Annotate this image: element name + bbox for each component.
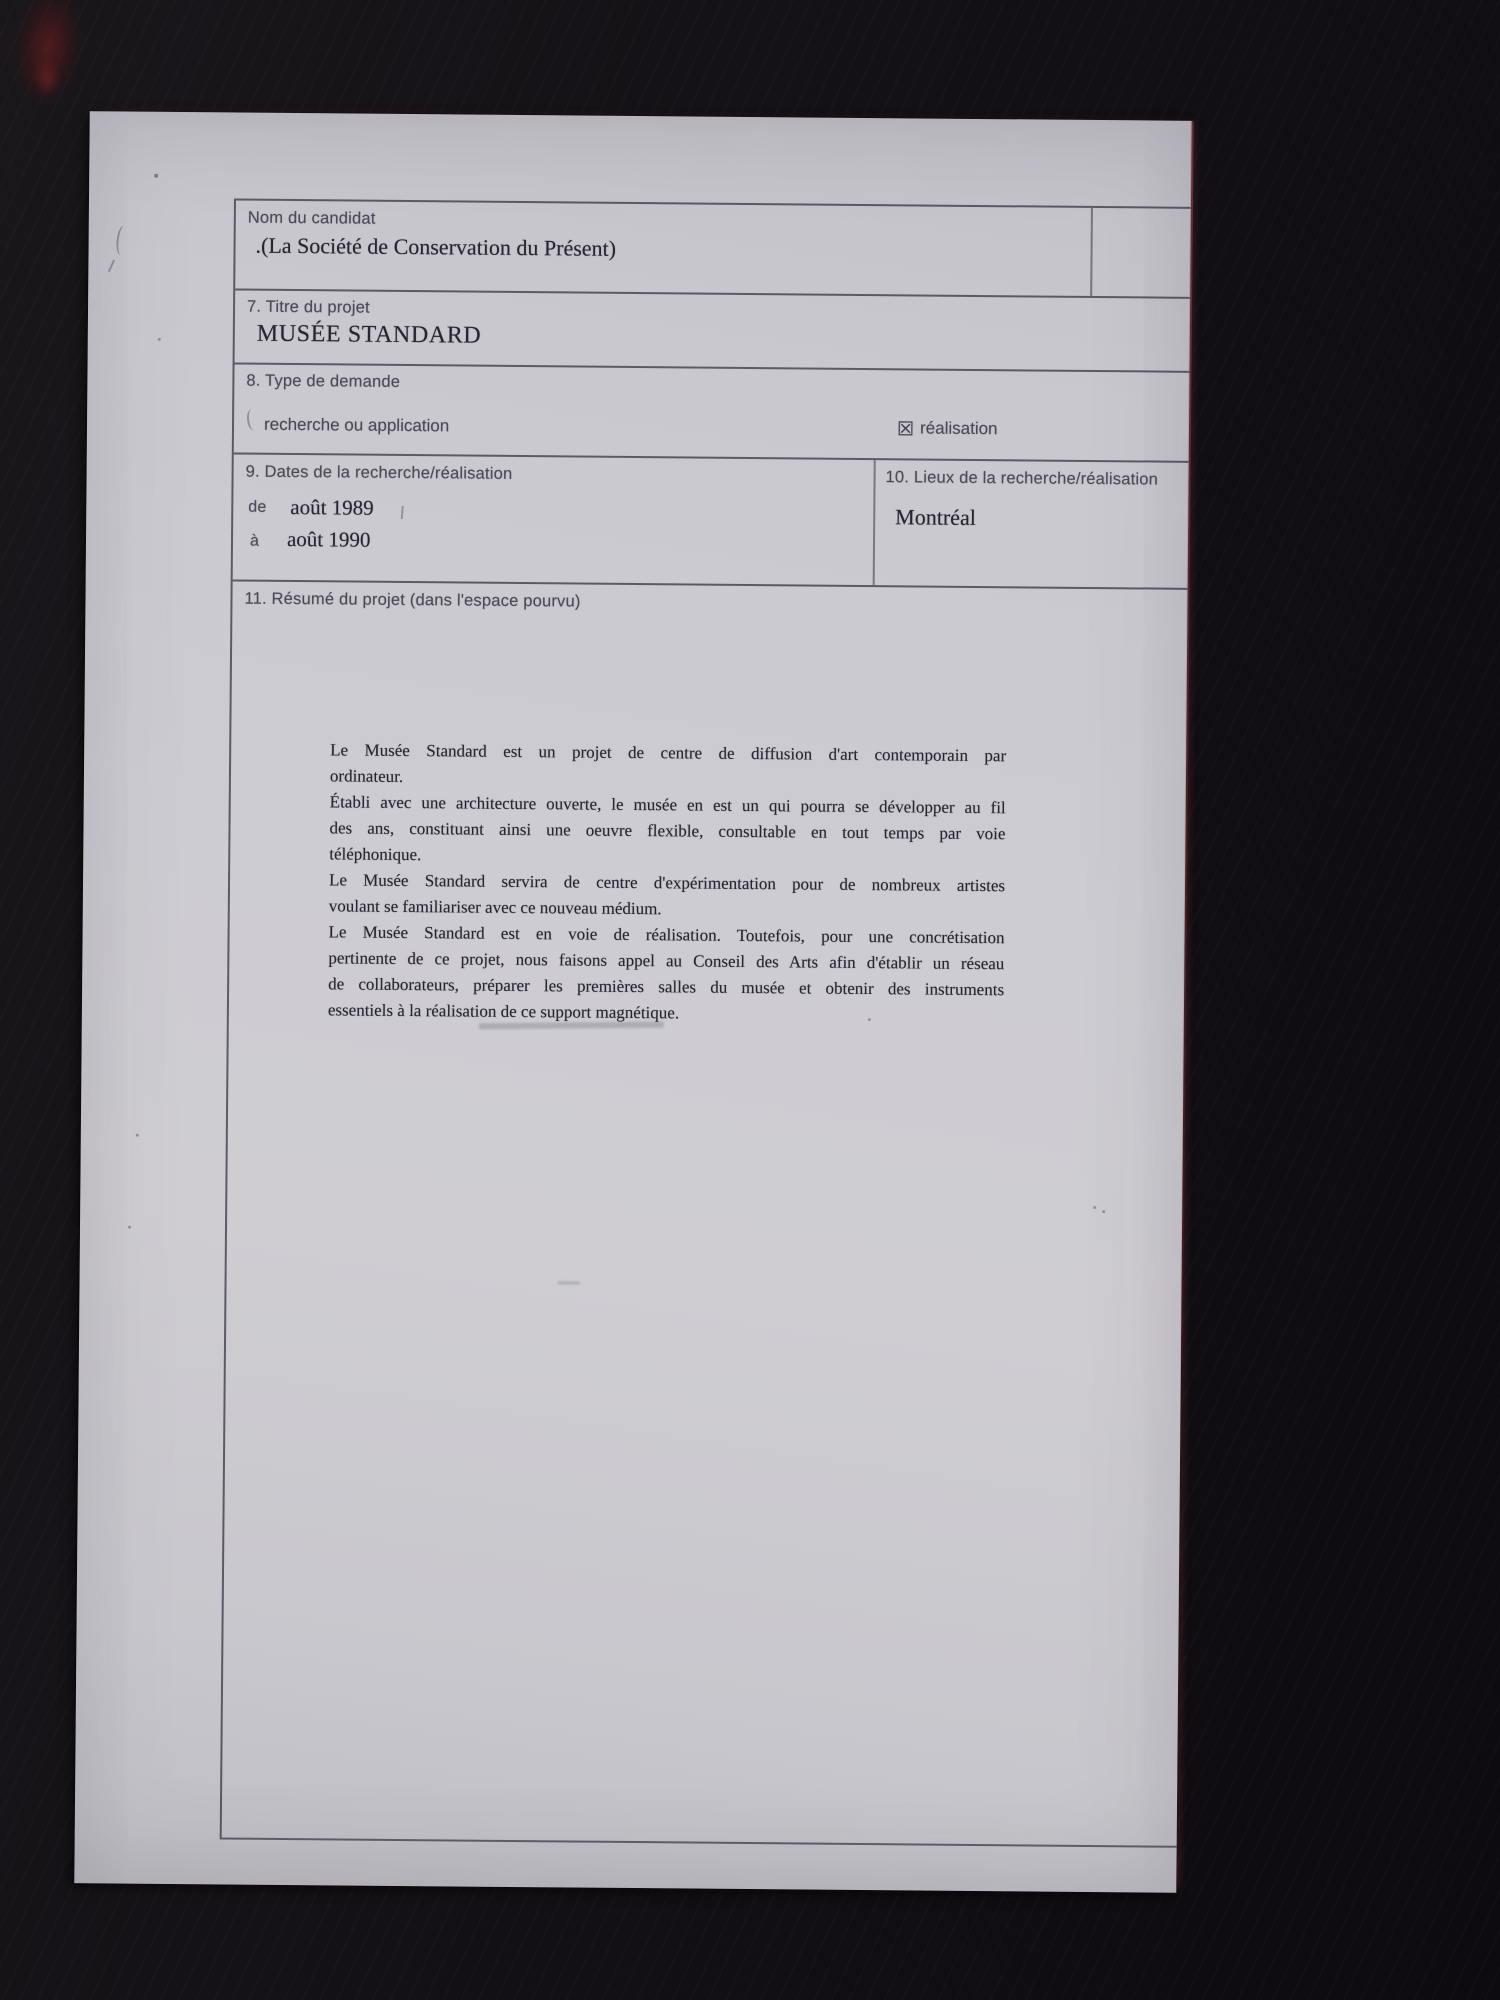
row-summary: 11. Résumé du projet (dans l'espace pour… (222, 579, 1188, 1847)
project-title-label: 7. Titre du projet (247, 298, 370, 318)
project-title-value: MUSÉE STANDARD (257, 321, 482, 350)
paper-sheet: Nom du candidat .(La Société de Conserva… (74, 111, 1191, 1893)
ink-smear (479, 1022, 664, 1030)
row-candidate: Nom du candidat .(La Société de Conserva… (235, 199, 1191, 297)
candidate-value: .(La Société de Conservation du Présent) (255, 233, 616, 262)
photo-background: Nom du candidat .(La Société de Conserva… (0, 0, 1500, 2000)
scan-speck (136, 1134, 139, 1137)
row-request-type: 8. Type de demande recherche ou applicat… (234, 362, 1190, 460)
scan-speck (128, 1226, 131, 1229)
pen-squiggle (115, 225, 130, 256)
option-realisation: ☒réalisation (897, 418, 998, 441)
summary-label: 11. Résumé du projet (dans l'espace pour… (244, 590, 580, 612)
location-value: Montréal (895, 504, 976, 531)
dates-label: 9. Dates de la recherche/réalisation (246, 463, 513, 484)
pen-mark (246, 408, 260, 431)
option-recherche-label: recherche ou application (264, 415, 449, 437)
scan-speck (154, 174, 158, 178)
date-to-label: à (250, 533, 259, 551)
cell-divider (1090, 208, 1093, 296)
option-realisation-label: réalisation (920, 418, 998, 438)
scan-speck (401, 506, 404, 519)
date-from-label: de (248, 499, 266, 517)
checked-checkbox-icon: ☒ (897, 418, 914, 440)
pen-squiggle (108, 260, 115, 273)
row-project-title: 7. Titre du projet MUSÉE STANDARD (235, 289, 1191, 371)
scan-speck (158, 338, 161, 341)
summary-text: Le Musée Standard est un projet de centr… (328, 737, 1006, 1029)
candidate-label: Nom du candidat (248, 209, 376, 229)
location-label: 10. Lieux de la recherche/réalisation (886, 468, 1159, 489)
row-dates-location: 9. Dates de la recherche/réalisation de … (233, 452, 1189, 587)
red-smudge (34, 58, 60, 98)
cell-divider (873, 460, 876, 585)
request-type-label: 8. Type de demande (246, 372, 400, 392)
date-to-value: août 1990 (287, 527, 371, 553)
application-form: Nom du candidat .(La Société de Conserva… (220, 198, 1191, 1847)
date-from-value: août 1989 (290, 495, 374, 521)
